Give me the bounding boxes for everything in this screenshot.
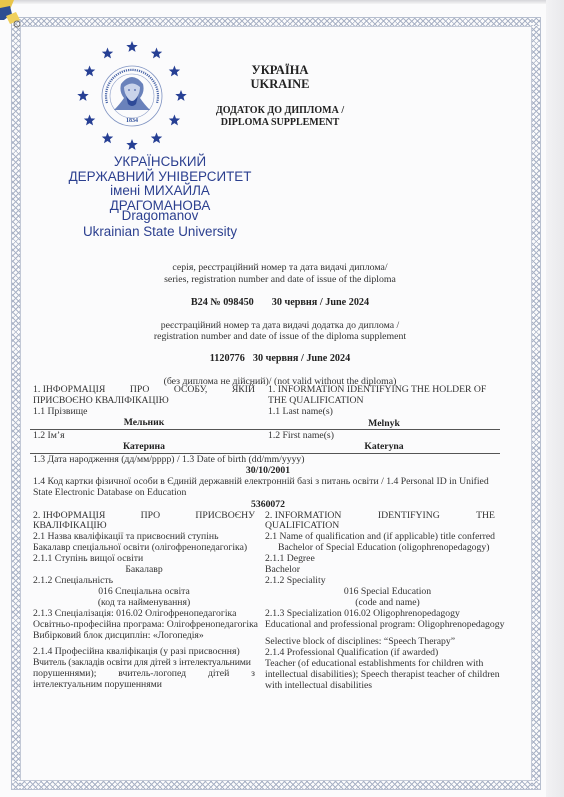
prof-qual-label-ua: 2.1.4 Професійна кваліфікація (у разі пр… xyxy=(33,647,240,658)
degree-value-en: Bachelor xyxy=(265,565,300,576)
scan-right-edge xyxy=(546,0,564,797)
diploma-label-ua: серія, реєстраційний номер та дата видач… xyxy=(70,262,490,273)
prof-qual-en-line1: Teacher (of educational establishments f… xyxy=(265,659,483,670)
prof-qual-en-line3: with intellectual disabilities xyxy=(265,681,372,692)
university-name-ua: УКРАЇНСЬКИЙ ДЕРЖАВНИЙ УНІВЕРСИТЕТ імені … xyxy=(60,155,260,213)
qual-label-en: 2.1 Name of qualification and (if applic… xyxy=(265,532,495,543)
diploma-number: B24 № 098450 xyxy=(191,297,254,308)
dob-value: 30/10/2001 xyxy=(33,466,503,477)
diploma-date: 30 червня / June 2024 xyxy=(272,297,369,308)
title-word: ПРО xyxy=(130,385,150,396)
last-name-en: Melnyk xyxy=(268,419,500,430)
prof-qual-ua-line3: інтелектуальним порушеннями xyxy=(33,680,162,691)
qual-label-ua: 2.1 Назва кваліфікації та присвоєний сту… xyxy=(33,532,219,543)
supplement-date: 30 червня / June 2024 xyxy=(253,353,350,364)
prof-qual-word: вчитель-логопед xyxy=(118,669,186,680)
section1-title-en-line2: THE QUALIFICATION xyxy=(268,396,364,407)
program-ua: Освітньо-професійна програма: Олігофрено… xyxy=(33,620,258,631)
title-word: ЯКІЙ xyxy=(232,385,255,396)
supplement-number-line: 112077630 червня / June 2024 xyxy=(70,353,490,364)
degree-label-ua: 2.1.1 Ступінь вищої освіти xyxy=(33,554,143,565)
last-name-label-ua: 1.1 Прізвище xyxy=(33,407,87,418)
section1-title-ua: 1. ІНФОРМАЦІЯ ПРО ОСОБУ, ЯКІЙ xyxy=(33,385,255,396)
last-name-label-en: 1.1 Last name(s) xyxy=(268,407,333,418)
first-name-ua: Катерина xyxy=(33,442,255,453)
selective-block-ua: Вибірковий блок дисциплін: «Логопедія» xyxy=(33,631,204,642)
title-word: IDENTIFYING xyxy=(378,511,440,522)
scan-top-edge xyxy=(0,0,564,4)
prof-qual-label-en: 2.1.4 Professional Qualification (if awa… xyxy=(265,648,438,659)
degree-label-en: 2.1.1 Degree xyxy=(265,554,315,565)
section1-title-en-line1: 1. INFORMATION IDENTIFYING THE HOLDER OF xyxy=(268,385,486,396)
speciality-label-ua: 2.1.2 Спеціальність xyxy=(33,576,113,587)
first-name-en: Kateryna xyxy=(268,442,500,453)
university-name-en-line2: Ukrainian State University xyxy=(60,224,260,240)
speciality-hint-en: (code and name) xyxy=(265,598,510,609)
country-en: UKRAINE xyxy=(205,77,355,91)
specialization-ua: 2.1.3 Спеціалізація: 016.02 Олігофренопе… xyxy=(33,609,236,620)
section1-title-ua-line2: ПРИСВОЄНО КВАЛІФІКАЦІЮ xyxy=(33,396,169,407)
personal-id-label-line2: State Electronic Database on Education xyxy=(33,488,186,499)
prof-qual-word: з xyxy=(251,669,255,680)
section2-title-en-line2: QUALIFICATION xyxy=(265,521,339,532)
supplement-number: 1120776 xyxy=(210,353,245,364)
diploma-label-en: series, registration number and date of … xyxy=(70,274,490,285)
last-name-ua: Мельник xyxy=(33,418,255,429)
title-word: 1. ІНФОРМАЦІЯ xyxy=(33,385,105,396)
document-title-en: DIPLOMA SUPPLEMENT xyxy=(205,117,355,129)
speciality-value-ua: 016 Спеціальна освіта xyxy=(33,587,255,598)
document-title-ua: ДОДАТОК ДО ДИПЛОМА / xyxy=(205,105,355,117)
university-name-ua-line2: ДЕРЖАВНИЙ УНІВЕРСИТЕТ xyxy=(60,170,260,185)
svg-text:1834: 1834 xyxy=(126,118,138,124)
ribbon-icon xyxy=(0,0,22,30)
qual-value-en: Bachelor of Special Education (oligophre… xyxy=(278,543,489,554)
specialization-en: 2.1.3 Specialization 016.02 Oligophrenop… xyxy=(265,609,460,620)
university-name-en-line1: Dragomanov xyxy=(60,208,260,224)
supplement-label-en: registration number and date of issue of… xyxy=(70,331,490,342)
title-word: THE xyxy=(476,511,495,522)
title-word: ПРИСВОЄНУ xyxy=(195,511,255,522)
prof-qual-word: порушеннями); xyxy=(33,669,96,680)
university-name-ua-line1: УКРАЇНСЬКИЙ xyxy=(60,155,260,170)
title-word: ОСОБУ, xyxy=(174,385,208,396)
selective-block-en: Selective block of disciplines: “Speech … xyxy=(265,637,455,648)
program-en: Educational and professional program: Ol… xyxy=(265,620,504,631)
prof-qual-text: Вчитель (закладів освіти для дітей з інт… xyxy=(33,658,251,669)
prof-qual-ua-line2: порушеннями); вчитель-логопед дітей з xyxy=(33,669,255,680)
divider xyxy=(30,429,500,430)
first-name-label-en: 1.2 First name(s) xyxy=(268,431,334,442)
university-seal-icon: 1834 xyxy=(74,40,190,152)
supplement-label-ua: реєстраційний номер та дата видачі додат… xyxy=(70,320,490,331)
document-header: УКРАЇНА UKRAINE ДОДАТОК ДО ДИПЛОМА / DIP… xyxy=(205,63,355,129)
prof-qual-en-line2: intellectual disabilities); Speech thera… xyxy=(265,670,500,681)
qual-value-ua: Бакалавр спеціальної освіти (олігофреноп… xyxy=(33,543,247,554)
section2-title-ua-line2: КВАЛІФІКАЦІЮ xyxy=(33,521,107,532)
title-word: ПРО xyxy=(141,511,161,522)
speciality-label-en: 2.1.2 Speciality xyxy=(265,576,326,587)
diploma-number-line: B24 № 09845030 червня / June 2024 xyxy=(70,297,490,308)
personal-id-value: 5360072 xyxy=(33,500,503,511)
first-name-label-ua: 1.2 Ім’я xyxy=(33,431,65,442)
prof-qual-word: дітей xyxy=(208,669,229,680)
speciality-hint-ua: (код та найменування) xyxy=(33,598,255,609)
speciality-value-en: 016 Special Education xyxy=(265,587,510,598)
dob-label: 1.3 Дата народження (дд/мм/рррр) / 1.3 D… xyxy=(33,455,304,466)
degree-value-ua: Бакалавр xyxy=(33,565,255,576)
diploma-supplement-page: 1834 УКРАЇНСЬКИЙ ДЕРЖАВНИЙ УНІВЕРСИТЕТ і… xyxy=(0,0,564,797)
country-ua: УКРАЇНА xyxy=(205,63,355,77)
personal-id-label-line1: 1.4 Код картки фізичної особи в Єдиній д… xyxy=(33,477,489,488)
university-name-en: Dragomanov Ukrainian State University xyxy=(60,208,260,239)
prof-qual-ua-line1: Вчитель (закладів освіти для дітей з інт… xyxy=(33,658,255,669)
